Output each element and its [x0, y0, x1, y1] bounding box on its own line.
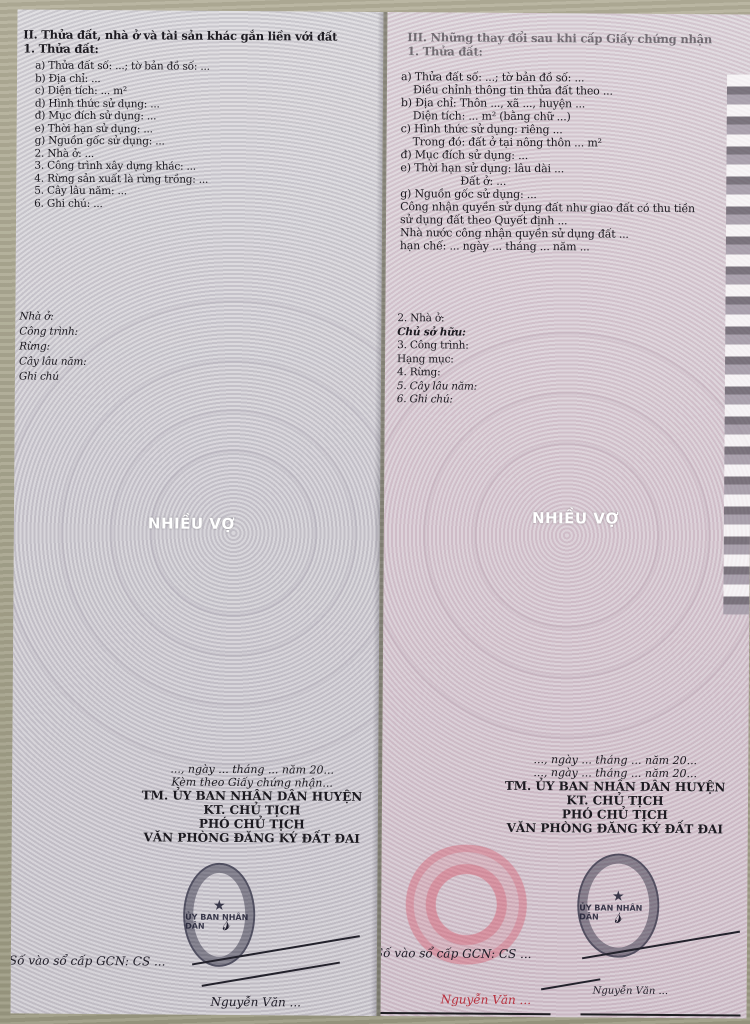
left-label: Công trình: — [19, 324, 87, 339]
left-body-line: 3. Công trình xây dựng khác: ... — [34, 160, 209, 174]
left-signer-name: Nguyễn Văn ... — [211, 995, 302, 1010]
right-page: III. Những thay đổi sau khi cấp Giấy chứ… — [380, 12, 750, 1019]
right-signer-name: Nguyễn Văn ... — [593, 985, 668, 997]
left-watermark: NHIỀU VỢ — [148, 514, 235, 533]
right-title-line: TM. ỦY BAN NHÂN DÂN HUYỆN — [470, 779, 750, 795]
left-label: Ghi chú — [19, 369, 87, 384]
right-sign-stroke — [541, 978, 600, 990]
right-handwritten-note: Số vào sổ cấp GCN: CS ... — [380, 946, 531, 961]
document-spread: II. Thửa đất, nhà ở và tài sản khác gắn … — [11, 9, 750, 1018]
left-handwritten-note: Số vào sổ cấp GCN: CS ... — [11, 953, 166, 968]
left-short-labels: Nhà ở: Công trình: Rừng: Cây lâu năm: Gh… — [19, 309, 87, 384]
footer-rule — [581, 1013, 741, 1016]
left-label: Cây lâu năm: — [19, 354, 87, 369]
left-label: Rừng: — [19, 339, 87, 354]
right-label: 5. Cây lâu năm: — [397, 380, 477, 394]
right-label: 4. Rừng: — [397, 366, 477, 380]
left-body-line: đ) Mục đích sử dụng: ... — [35, 110, 210, 124]
right-label: Hạng mục: — [397, 353, 477, 367]
right-watermark: NHIỀU VỢ — [532, 509, 619, 528]
left-body: a) Thửa đất số: ...; tờ bản đồ số: ... b… — [34, 60, 210, 211]
footer-rule — [381, 1012, 551, 1015]
right-body-line: e) Thời hạn sử dụng: lâu dài ... — [400, 161, 695, 176]
right-header-line: 1. Thửa đất: — [407, 44, 712, 60]
right-label: 6. Ghi chú: — [397, 393, 477, 407]
left-signature-block: ..., ngày ... tháng ... năm 20... Kèm th… — [112, 762, 384, 846]
left-body-line: a) Thửa đất số: ...; tờ bản đồ số: ... — [35, 60, 210, 74]
left-body-line: c) Diện tích: ... m² — [35, 85, 210, 99]
left-body-line: 5. Cây lâu năm: ... — [34, 185, 209, 199]
left-header-line: 1. Thửa đất: — [23, 41, 337, 57]
left-page: II. Thửa đất, nhà ở và tài sản khác gắn … — [11, 9, 384, 1016]
right-label: 3. Công trình: — [397, 339, 477, 353]
right-title-line: VĂN PHÒNG ĐĂNG KÝ ĐẤT ĐAI — [470, 821, 750, 837]
left-body-line: g) Nguồn gốc sử dụng: ... — [35, 135, 210, 149]
star-icon: ★ — [612, 890, 625, 904]
left-label: Nhà ở: — [19, 309, 87, 324]
left-title-line: VĂN PHÒNG ĐĂNG KÝ ĐẤT ĐAI — [112, 830, 384, 846]
page-edge-stack — [723, 74, 750, 614]
left-body-line: e) Thời hạn sử dụng: ... — [35, 122, 210, 136]
left-header: II. Thửa đất, nhà ở và tài sản khác gắn … — [23, 27, 337, 57]
right-body-line: hạn chế: ... ngày ... tháng ... năm ... — [400, 239, 695, 254]
left-body-line: 6. Ghi chú: ... — [34, 197, 209, 211]
left-body-line: 4. Rừng sản xuất là rừng trồng: ... — [34, 172, 209, 186]
right-signature-block: ..., ngày ... tháng ... năm 20... ..., n… — [470, 753, 750, 837]
left-body-line: b) Địa chỉ: ... — [35, 72, 210, 86]
right-header: III. Những thay đổi sau khi cấp Giấy chứ… — [407, 30, 712, 60]
right-label: 2. Nhà ở: — [397, 312, 477, 326]
right-body: a) Thửa đất số: ...; tờ bản đồ số: ... Đ… — [400, 70, 696, 254]
right-short-labels: 2. Nhà ở: Chủ sở hữu: 3. Công trình: Hạn… — [397, 312, 478, 407]
right-label: Chủ sở hữu: — [397, 326, 477, 340]
left-body-line: 2. Nhà ở: ... — [34, 147, 209, 161]
right-red-note: Nguyễn Văn ... — [441, 992, 532, 1007]
left-body-line: d) Hình thức sử dụng: ... — [35, 97, 210, 111]
left-title-line: TM. ỦY BAN NHÂN DÂN HUYỆN — [112, 788, 384, 804]
